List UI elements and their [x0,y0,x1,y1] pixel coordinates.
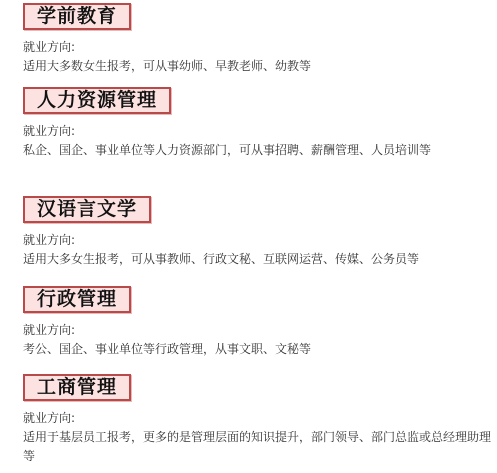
major-title: 学前教育 [23,3,131,30]
major-section-human-resources: 人力资源管理 就业方向: 私企、国企、事业单位等人力资源部门，可从事招聘、薪酬管… [23,87,493,160]
employment-direction-label: 就业方向: [23,38,493,57]
employment-direction-text: 适用于基层员工报考，更多的是管理层面的知识提升，部门领导、部门总监或总经理助理等 [23,428,491,466]
employment-direction-text: 考公、国企、事业单位等行政管理，从事文职、文秘等 [23,340,491,359]
employment-direction-text: 适用大多女生报考，可从事教师、行政文秘、互联网运营、传媒、公务员等 [23,250,491,269]
major-title: 工商管理 [23,374,131,401]
major-section-administrative-management: 行政管理 就业方向: 考公、国企、事业单位等行政管理，从事文职、文秘等 [23,286,493,359]
major-title: 人力资源管理 [23,87,171,114]
employment-direction-label: 就业方向: [23,231,493,250]
employment-direction-label: 就业方向: [23,409,493,428]
employment-direction-label: 就业方向: [23,321,493,340]
employment-direction-text: 私企、国企、事业单位等人力资源部门，可从事招聘、薪酬管理、人员培训等 [23,141,491,160]
major-title: 行政管理 [23,286,131,313]
employment-direction-label: 就业方向: [23,122,493,141]
major-title: 汉语言文学 [23,196,151,223]
major-section-business-administration: 工商管理 就业方向: 适用于基层员工报考，更多的是管理层面的知识提升，部门领导、… [23,374,493,466]
major-section-chinese-literature: 汉语言文学 就业方向: 适用大多女生报考，可从事教师、行政文秘、互联网运营、传媒… [23,196,493,269]
major-section-preschool-education: 学前教育 就业方向: 适用大多数女生报考，可从事幼师、早教老师、幼教等 [23,3,493,76]
employment-direction-text: 适用大多数女生报考，可从事幼师、早教老师、幼教等 [23,57,491,76]
